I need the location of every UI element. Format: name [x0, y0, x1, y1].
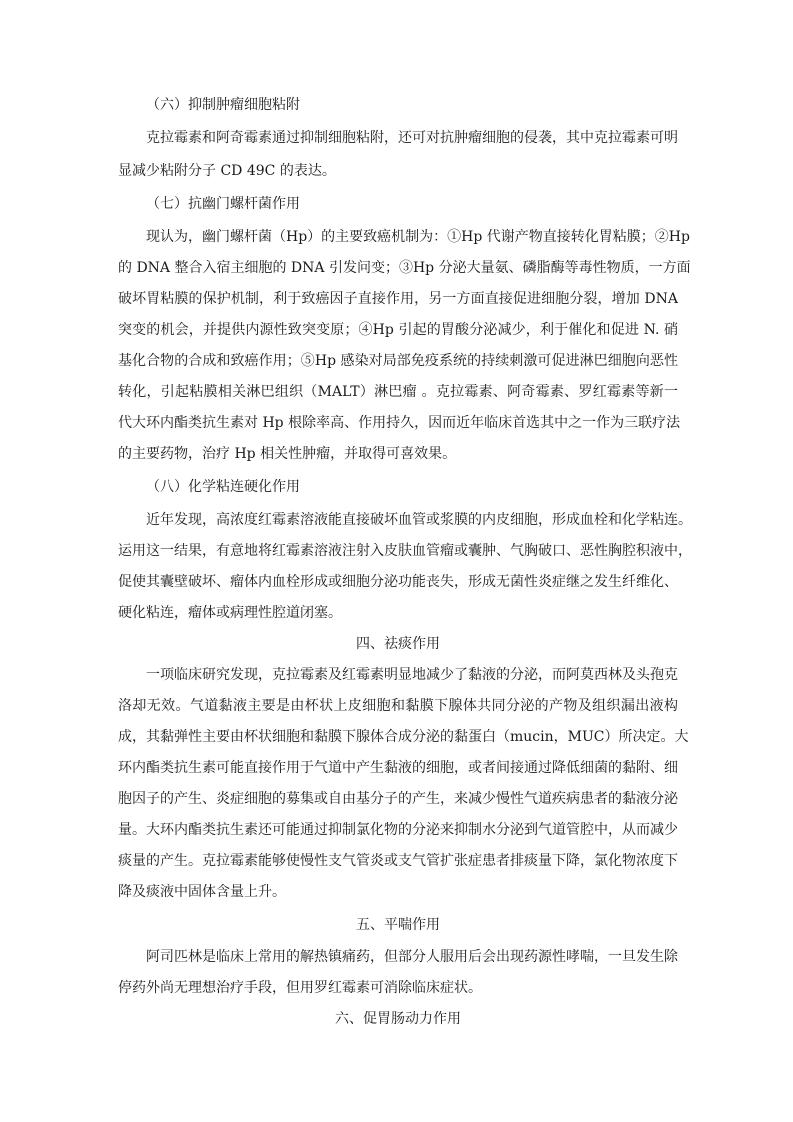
heading-expectorant: 四、祛痰作用 — [118, 634, 678, 654]
paragraph-line: 降及痰液中固体含量上升。 — [118, 882, 678, 902]
paragraph-line: 胞因子的产生、炎症细胞的募集或自由基分子的产生，来减少慢性气道疾病患者的黏液分泌 — [118, 789, 678, 809]
paragraph-line: 洛却无效。气道黏液主要是由杯状上皮细胞和黏膜下腺体共同分泌的产物及组织漏出液构 — [118, 696, 678, 716]
paragraph-line: 基化合物的合成和致癌作用；⑤Hp 感染对局部免疫系统的持续刺激可促进淋巴细胞向恶… — [118, 351, 678, 371]
paragraph-line: 现认为，幽门螺杆菌（Hp）的主要致癌机制为：①Hp 代谢产物直接转化胃粘膜；②H… — [118, 227, 678, 247]
heading-antiasthmatic: 五、平喘作用 — [118, 915, 678, 935]
paragraph-line: 转化，引起粘膜相关淋巴组织（MALT）淋巴瘤 。克拉霉素、阿奇霉素、罗红霉素等新… — [118, 382, 678, 402]
paragraph-line: 克拉霉素和阿奇霉素通过抑制细胞粘附，还可对抗肿瘤细胞的侵袭，其中克拉霉素可明 — [118, 128, 678, 148]
paragraph-line: 停药外尚无理想治疗手段，但用罗红霉素可消除临床症状。 — [118, 978, 678, 998]
paragraph-line: 的 DNA 整合入宿主细胞的 DNA 引发问变；③Hp 分泌大量氨、磷脂酶等毒性… — [118, 258, 678, 278]
paragraph-line: 近年发现，高浓度红霉素溶液能直接破坏血管或浆膜的内皮细胞，形成血栓和化学粘连。 — [118, 510, 678, 530]
paragraph-line: 促使其囊壁破坏、瘤体内血栓形成或细胞分泌功能丧失，形成无菌性炎症继之发生纤维化、 — [118, 572, 678, 592]
paragraph-line: 显减少粘附分子 CD 49C 的表达。 — [118, 161, 678, 181]
paragraph-line: 痰量的产生。克拉霉素能够使慢性支气管炎或支气管扩张症患者排痰量下降，氯化物浓度下 — [118, 851, 678, 871]
paragraph-line: 阿司匹林是临床上常用的解热镇痛药，但部分人服用后会出现药源性哮喘，一旦发生除 — [118, 947, 678, 967]
subheading-anti-hp: （七）抗幽门螺杆菌作用 — [118, 194, 678, 214]
subheading-chemical-adhesion: （八）化学粘连硬化作用 — [118, 477, 678, 497]
paragraph-line: 代大环内酯类抗生素对 Hp 根除率高、作用持久，因而近年临床首选其中之一作为三联… — [118, 413, 678, 433]
paragraph-line: 硬化粘连，瘤体或病理性腔道闭塞。 — [118, 603, 678, 623]
paragraph-line: 量。大环内酯类抗生素还可能通过抑制氯化物的分泌来抑制水分泌到气道管腔中，从而减少 — [118, 820, 678, 840]
heading-gi-motility: 六、促胃肠动力作用 — [118, 1009, 678, 1029]
subheading-inhibit-adhesion: （六）抑制肿瘤细胞粘附 — [118, 95, 678, 115]
paragraph-line: 的主要药物，治疗 Hp 相关性肿瘤，并取得可喜效果。 — [118, 444, 678, 464]
paragraph-line: 成，其黏弹性主要由杯状细胞和黏膜下腺体合成分泌的黏蛋白（mucin，MUC）所决… — [118, 727, 678, 747]
paragraph-line: 运用这一结果，有意地将红霉素溶液注射入皮肤血管瘤或囊肿、气胸破口、恶性胸腔积液中… — [118, 541, 678, 561]
paragraph-line: 环内酯类抗生素可能直接作用于气道中产生黏液的细胞，或者间接通过降低细菌的黏附、细 — [118, 758, 678, 778]
paragraph-line: 破坏胃粘膜的保护机制，利于致癌因子直接作用，另一方面直接促进细胞分裂，增加 DN… — [118, 289, 678, 309]
paragraph-line: 一项临床研究发现，克拉霉素及红霉素明显地减少了黏液的分泌，而阿莫西林及头孢克 — [118, 665, 678, 685]
paragraph-line: 突变的机会，并提供内源性致突变原；④Hp 引起的胃酸分泌减少，利于催化和促进 N… — [118, 320, 678, 340]
